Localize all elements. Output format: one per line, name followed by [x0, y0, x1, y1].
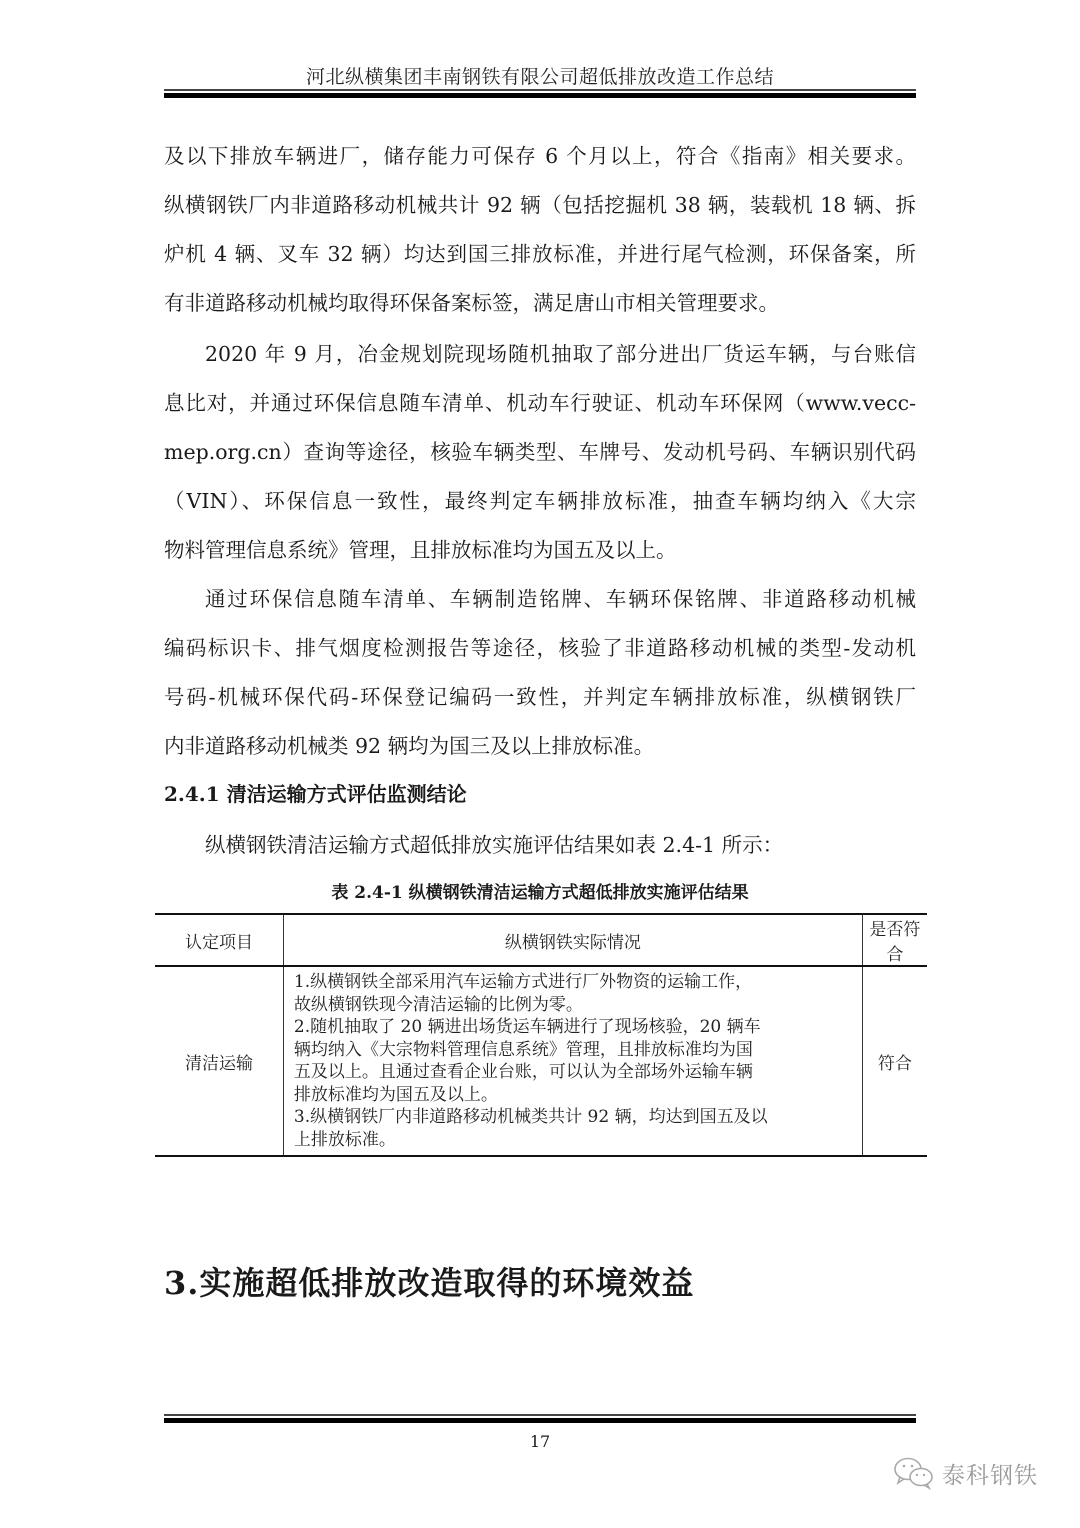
wechat-icon	[892, 1456, 936, 1490]
table-caption: 表 2.4-1 纵横钢铁清洁运输方式超低排放实施评估结果	[164, 878, 916, 903]
section-intro: 纵横钢铁清洁运输方式超低排放实施评估结果如表 2.4-1 所示：	[205, 828, 783, 858]
text-line: 纵横钢铁厂内非道路移动机械共计 92 辆（包括挖掘机 38 辆，装载机 18 辆…	[164, 181, 916, 230]
detail-line: 排放标准均为国五及以上。	[294, 1084, 854, 1107]
header-rule-thin	[164, 89, 916, 91]
column-header-detail: 纵横钢铁实际情况	[283, 914, 862, 966]
detail-line: 故纵横钢铁现今清洁运输的比例为零。	[294, 994, 854, 1017]
cell-compliant: 符合	[862, 966, 927, 1156]
footer-rule-thick	[164, 1418, 916, 1423]
header-title: 河北纵横集团丰南钢铁有限公司超低排放改造工作总结	[164, 62, 916, 89]
table-header-row: 认定项目 纵横钢铁实际情况 是否符合	[155, 914, 927, 966]
page-number: 17	[0, 1432, 1080, 1451]
evaluation-table: 认定项目 纵横钢铁实际情况 是否符合 清洁运输 1.纵横钢铁全部采用汽车运输方式…	[155, 913, 927, 1157]
detail-line: 上排放标准。	[294, 1129, 854, 1152]
detail-line: 辆均纳入《大宗物料管理信息系统》管理，且排放标准均为国	[294, 1039, 854, 1062]
text-line: mep.org.cn）查询等途径，核验车辆类型、车牌号、发动机号码、车辆识别代码	[164, 428, 916, 477]
paragraph-non-road-machinery: 及以下排放车辆进厂，储存能力可保存 6 个月以上，符合《指南》相关要求。 纵横钢…	[164, 132, 916, 328]
column-header-item: 认定项目	[155, 914, 283, 966]
paragraph-verification: 通过环保信息随车清单、车辆制造铭牌、车辆环保铭牌、非道路移动机械 编码标识卡、排…	[164, 575, 916, 771]
text-line: 内非道路移动机械类 92 辆均为国三及以上排放标准。	[164, 722, 916, 771]
chapter-heading: 3.实施超低排放改造取得的环境效益	[164, 1258, 694, 1304]
text-line: 物料管理信息系统》管理，且排放标准均为国五及以上。	[164, 526, 916, 575]
text-line: 通过环保信息随车清单、车辆制造铭牌、车辆环保铭牌、非道路移动机械	[164, 575, 916, 624]
cell-item: 清洁运输	[155, 966, 283, 1156]
column-header-compliant: 是否符合	[862, 914, 927, 966]
text-line: 息比对，并通过环保信息随车清单、机动车行驶证、机动车环保网（www.vecc-	[164, 379, 916, 428]
section-heading: 2.4.1 清洁运输方式评估监测结论	[164, 778, 467, 807]
text-line: 号码-机械环保代码-环保登记编码一致性，并判定车辆排放标准，纵横钢铁厂	[164, 673, 916, 722]
watermark-text: 泰科钢铁	[942, 1457, 1038, 1490]
header-rule-thick	[164, 93, 916, 98]
detail-line: 3.纵横钢铁厂内非道路移动机械类共计 92 辆，均达到国五及以	[294, 1106, 854, 1129]
watermark: 泰科钢铁	[892, 1456, 1038, 1490]
detail-line: 1.纵横钢铁全部采用汽车运输方式进行厂外物资的运输工作，	[294, 971, 854, 994]
text-line: （VIN）、环保信息一致性，最终判定车辆排放标准，抽查车辆均纳入《大宗	[164, 477, 916, 526]
detail-line: 2.随机抽取了 20 辆进出场货运车辆进行了现场核验，20 辆车	[294, 1016, 854, 1039]
text-line: 有非道路移动机械均取得环保备案标签，满足唐山市相关管理要求。	[164, 279, 916, 328]
text-line: 炉机 4 辆、叉车 32 辆）均达到国三排放标准，并进行尾气检测，环保备案，所	[164, 230, 916, 279]
cell-detail: 1.纵横钢铁全部采用汽车运输方式进行厂外物资的运输工作， 故纵横钢铁现今清洁运输…	[283, 966, 862, 1156]
table-row: 清洁运输 1.纵横钢铁全部采用汽车运输方式进行厂外物资的运输工作， 故纵横钢铁现…	[155, 966, 927, 1156]
detail-line: 五及以上。且通过查看企业台账，可以认为全部场外运输车辆	[294, 1061, 854, 1084]
text-line: 编码标识卡、排气烟度检测报告等途径，核验了非道路移动机械的类型-发动机	[164, 624, 916, 673]
text-line: 及以下排放车辆进厂，储存能力可保存 6 个月以上，符合《指南》相关要求。	[164, 132, 916, 181]
footer-rule-thin	[164, 1414, 916, 1416]
text-line: 2020 年 9 月，冶金规划院现场随机抽取了部分进出厂货运车辆，与台账信	[164, 330, 916, 379]
paragraph-spot-check: 2020 年 9 月，冶金规划院现场随机抽取了部分进出厂货运车辆，与台账信 息比…	[164, 330, 916, 575]
